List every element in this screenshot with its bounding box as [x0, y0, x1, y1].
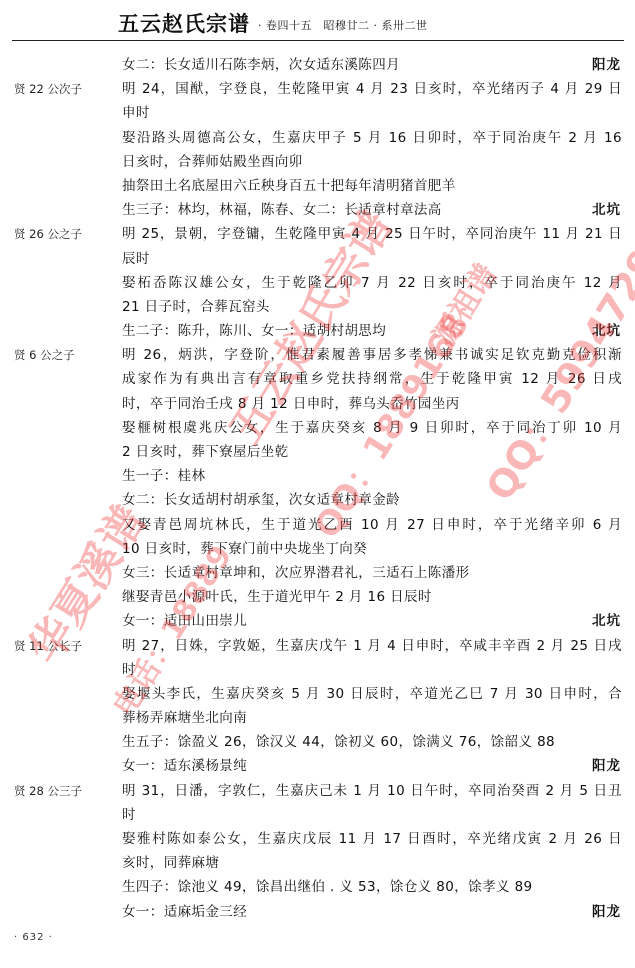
entry-text: 成家作为有典出言有章取重乡党扶持纲常，生于乾隆甲寅 12 月 26 日戌 [122, 367, 622, 391]
entry-text: 生四子：馀池义 49，馀昌出继伯 . 义 53，馀仓义 80，馀孝义 89 [122, 875, 533, 899]
entry-text: 时 [122, 658, 136, 682]
genealogy-line: 时 [0, 803, 635, 827]
genealogy-line: 2 日亥时，葬下寮屋后坐乾 [0, 440, 635, 464]
genealogy-content: 女二：长女适川石陈李炳，次女适东溪陈四月阳龙贤 22 公次子明 24，国猷，字登… [0, 53, 635, 924]
genealogy-line: 女二：长女适胡村胡承玺，次女适章村章金龄 [0, 488, 635, 512]
lineage-label: 贤 6 公之子 [14, 343, 75, 367]
place-name: 阳龙 [592, 754, 621, 778]
entry-text: 10 日亥时，葬下寮门前中央垅坐丁向癸 [122, 537, 367, 561]
volume-subtitle: · 卷四十五 昭穆廿二 · 系卅二世 [258, 17, 427, 33]
place-name: 北坑 [592, 198, 621, 222]
entry-text: 娶雅村陈如泰公女，生嘉庆戊辰 11 月 17 日酉时，卒光绪戊寅 2 月 26 … [122, 827, 622, 851]
genealogy-line: 生四子：馀池义 49，馀昌出继伯 . 义 53，馀仓义 80，馀孝义 89 [0, 875, 635, 899]
entry-text: 日亥时，合葬师姑殿坐酉向卯 [122, 150, 303, 174]
lineage-label: 贤 22 公次子 [14, 77, 82, 101]
genealogy-line: 葬杨弄麻塘坐北向南 [0, 706, 635, 730]
genealogy-line: 辰时 [0, 247, 635, 271]
genealogy-line: 21 日子时，合葬瓦窑头 [0, 295, 635, 319]
entry-text: 辰时 [122, 247, 150, 271]
entry-text: 葬杨弄麻塘坐北向南 [122, 706, 247, 730]
entry-text: 2 日亥时，葬下寮屋后坐乾 [122, 440, 289, 464]
genealogy-line: 生一子：桂林 [0, 464, 635, 488]
genealogy-line: 女三：长适章村章坤和，次应界潜君礼，三适石上陈潘形 [0, 561, 635, 585]
lineage-label: 贤 11 公长子 [14, 634, 82, 658]
genealogy-line: 又娶青邑周坑林氏，生于道光乙酉 10 月 27 日申时，卒于光绪辛卯 6 月 [0, 513, 635, 537]
genealogy-line: 贤 11 公长子明 27，日姝，字敦姬，生嘉庆戊午 1 月 4 日申时，卒咸丰辛… [0, 634, 635, 658]
entry-text: 女二：长女适川石陈李炳，次女适东溪陈四月 [122, 53, 400, 77]
entry-text: 明 26，炳洪，字登阶，惟君素履善事居多孝悌兼书诚实足钦克勤克俭积渐 [122, 343, 622, 367]
place-name: 北坑 [592, 609, 621, 633]
page-header: 五云赵氏宗谱 · 卷四十五 昭穆廿二 · 系卅二世 [0, 0, 635, 40]
page-number: · 632 · [14, 932, 53, 943]
genealogy-line: 贤 6 公之子明 26，炳洪，字登阶，惟君素履善事居多孝悌兼书诚实足钦克勤克俭积… [0, 343, 635, 367]
genealogy-line: 继娶青邑小源叶氏，生于道光甲午 2 月 16 日辰时 [0, 585, 635, 609]
entry-text: 明 27，日姝，字敦姬，生嘉庆戊午 1 月 4 日申时，卒咸丰辛酉 2 月 25… [122, 634, 622, 658]
genealogy-line: 娶雅村陈如泰公女，生嘉庆戊辰 11 月 17 日酉时，卒光绪戊寅 2 月 26 … [0, 827, 635, 851]
entry-text: 21 日子时，合葬瓦窑头 [122, 295, 270, 319]
entry-text: 生二子：陈升，陈川、女一：适胡村胡思均 [122, 319, 386, 343]
entry-text: 生三子：林均，林福，陈春、女二：长适章村章法高 [122, 198, 442, 222]
genealogy-line: 女一：适麻垢金三经阳龙 [0, 900, 635, 924]
book-title: 五云赵氏宗谱 [118, 8, 250, 38]
header-divider [12, 40, 624, 41]
genealogy-line: 日亥时，合葬师姑殿坐酉向卯 [0, 150, 635, 174]
genealogy-line: 娶堰头李氏，生嘉庆癸亥 5 月 30 日辰时，卒道光乙巳 7 月 30 日申时，… [0, 682, 635, 706]
genealogy-line: 抽祭田土名底屋田六丘秧身百五十把每年清明猪首肥羊 [0, 174, 635, 198]
entry-text: 申时 [122, 101, 150, 125]
entry-text: 抽祭田土名底屋田六丘秧身百五十把每年清明猪首肥羊 [122, 174, 456, 198]
genealogy-line: 女一：适东溪杨景纯阳龙 [0, 754, 635, 778]
entry-text: 娶沿路头周德高公女，生嘉庆甲子 5 月 16 日卯时，卒于同治庚午 2 月 16 [122, 126, 622, 150]
genealogy-line: 生三子：林均，林福，陈春、女二：长适章村章法高北坑 [0, 198, 635, 222]
place-name: 阳龙 [592, 900, 621, 924]
entry-text: 娶堰头李氏，生嘉庆癸亥 5 月 30 日辰时，卒道光乙巳 7 月 30 日申时，… [122, 682, 622, 706]
entry-text: 女一：适田山田崇儿 [122, 609, 247, 633]
entry-text: 明 25，景朝，字登镛，生乾隆甲寅 4 月 25 日午时，卒同治庚午 11 月 … [122, 222, 622, 246]
genealogy-line: 申时 [0, 101, 635, 125]
genealogy-line: 成家作为有典出言有章取重乡党扶持纲常，生于乾隆甲寅 12 月 26 日戌 [0, 367, 635, 391]
entry-text: 时 [122, 803, 136, 827]
entry-text: 生五子：馀盈义 26，馀汉义 44，馀初义 60，馀满义 76，馀韶义 88 [122, 730, 555, 754]
genealogy-line: 娶榧树根虞兆庆公女，生于嘉庆癸亥 8 月 9 日卯时，卒于同治丁卯 10 月 [0, 416, 635, 440]
entry-text: 亥时，同葬麻塘 [122, 851, 219, 875]
place-name: 北坑 [592, 319, 621, 343]
entry-text: 娶榧树根虞兆庆公女，生于嘉庆癸亥 8 月 9 日卯时，卒于同治丁卯 10 月 [122, 416, 622, 440]
entry-text: 娶柘岙陈汉雄公女，生于乾隆乙卯 7 月 22 日亥时，卒于同治庚午 12 月 [122, 271, 622, 295]
entry-text: 女三：长适章村章坤和，次应界潜君礼，三适石上陈潘形 [122, 561, 470, 585]
entry-text: 女二：长女适胡村胡承玺，次女适章村章金龄 [122, 488, 400, 512]
genealogy-line: 娶柘岙陈汉雄公女，生于乾隆乙卯 7 月 22 日亥时，卒于同治庚午 12 月 [0, 271, 635, 295]
entry-text: 继娶青邑小源叶氏，生于道光甲午 2 月 16 日辰时 [122, 585, 432, 609]
entry-text: 明 24，国猷，字登良，生乾隆甲寅 4 月 23 日亥时，卒光绪丙子 4 月 2… [122, 77, 622, 101]
genealogy-line: 贤 22 公次子明 24，国猷，字登良，生乾隆甲寅 4 月 23 日亥时，卒光绪… [0, 77, 635, 101]
genealogy-line: 娶沿路头周德高公女，生嘉庆甲子 5 月 16 日卯时，卒于同治庚午 2 月 16 [0, 126, 635, 150]
entry-text: 女一：适东溪杨景纯 [122, 754, 247, 778]
genealogy-line: 生五子：馀盈义 26，馀汉义 44，馀初义 60，馀满义 76，馀韶义 88 [0, 730, 635, 754]
genealogy-line: 女一：适田山田崇儿北坑 [0, 609, 635, 633]
lineage-label: 贤 28 公三子 [14, 779, 82, 803]
genealogy-line: 10 日亥时，葬下寮门前中央垅坐丁向癸 [0, 537, 635, 561]
entry-text: 又娶青邑周坑林氏，生于道光乙酉 10 月 27 日申时，卒于光绪辛卯 6 月 [122, 513, 622, 537]
entry-text: 女一：适麻垢金三经 [122, 900, 247, 924]
genealogy-line: 女二：长女适川石陈李炳，次女适东溪陈四月阳龙 [0, 53, 635, 77]
entry-text: 生一子：桂林 [122, 464, 205, 488]
genealogy-line: 时，卒于同治壬戌 8 月 12 日申时，葬乌头岙竹园坐丙 [0, 392, 635, 416]
entry-text: 明 31，日潘，字敦仁，生嘉庆己未 1 月 10 日午时，卒同治癸酉 2 月 5… [122, 779, 622, 803]
lineage-label: 贤 26 公之子 [14, 222, 82, 246]
genealogy-line: 贤 26 公之子明 25，景朝，字登镛，生乾隆甲寅 4 月 25 日午时，卒同治… [0, 222, 635, 246]
place-name: 阳龙 [592, 53, 621, 77]
entry-text: 时，卒于同治壬戌 8 月 12 日申时，葬乌头岙竹园坐丙 [122, 392, 460, 416]
genealogy-line: 亥时，同葬麻塘 [0, 851, 635, 875]
genealogy-line: 贤 28 公三子明 31，日潘，字敦仁，生嘉庆己未 1 月 10 日午时，卒同治… [0, 779, 635, 803]
genealogy-line: 生二子：陈升，陈川、女一：适胡村胡思均北坑 [0, 319, 635, 343]
genealogy-line: 时 [0, 658, 635, 682]
